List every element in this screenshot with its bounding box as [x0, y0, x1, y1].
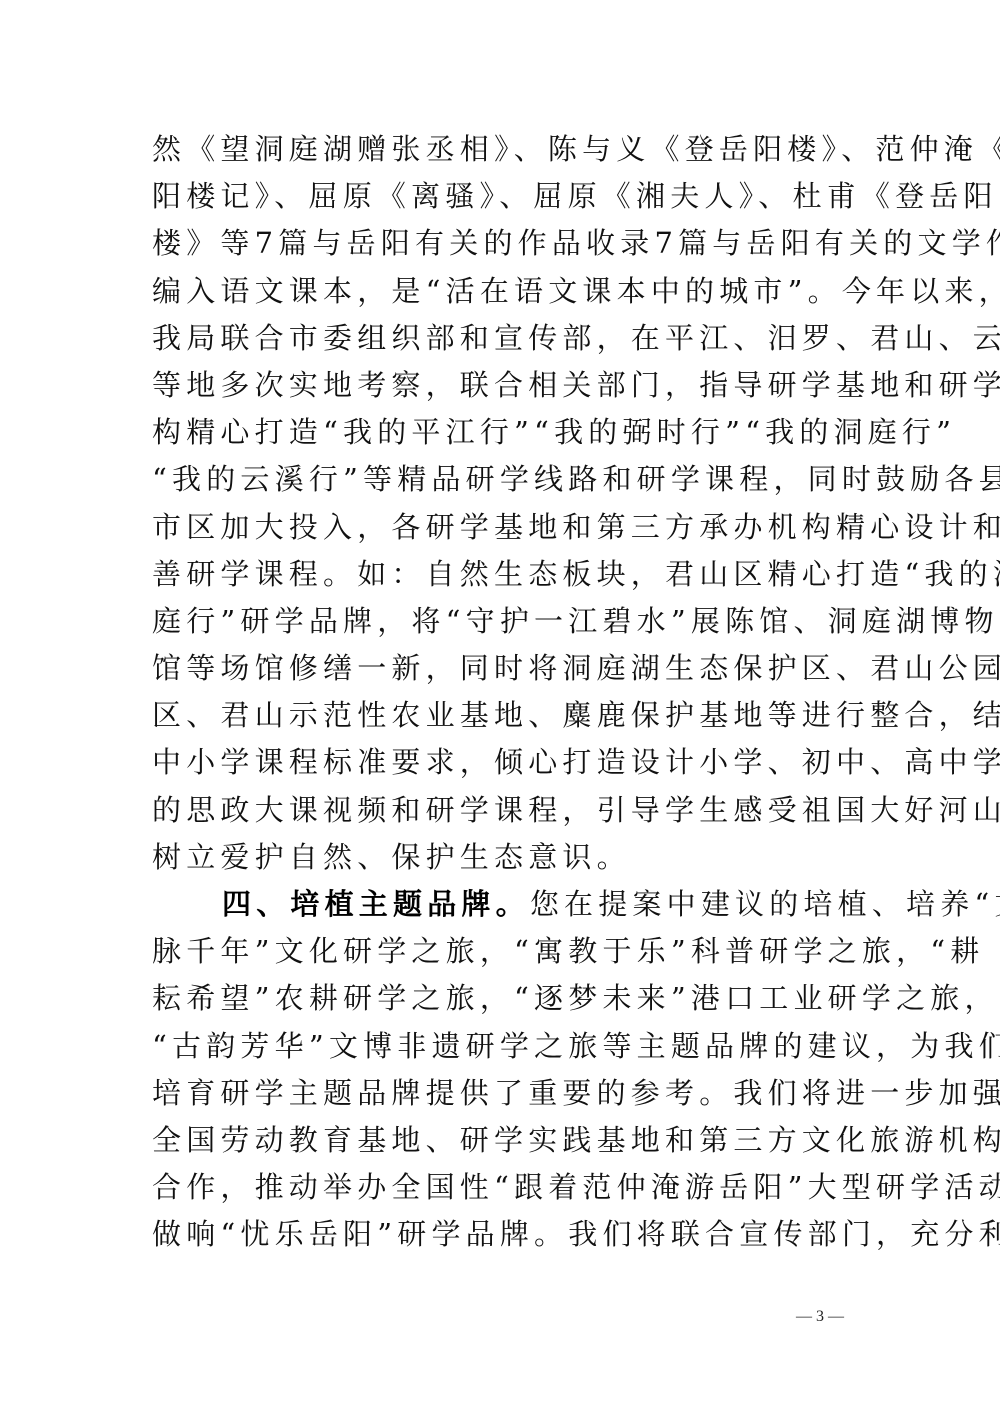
text-line: 区、君山示范性农业基地、麋鹿保护基地等进行整合，结合: [152, 692, 848, 739]
text-line: 庭行”研学品牌，将“守护一江碧水”展陈馆、洞庭湖博物: [152, 598, 848, 645]
text-line: 耘希望”农耕研学之旅，“逐梦未来”港口工业研学之旅，: [152, 975, 848, 1022]
section-4-text: 您在提案中建议的培植、培养“文: [530, 887, 1000, 921]
text-line: 全国劳动教育基地、研学实践基地和第三方文化旅游机构等: [152, 1117, 848, 1164]
text-line: “古韵芳华”文博非遗研学之旅等主题品牌的建议，为我们: [152, 1023, 848, 1070]
text-line: 善研学课程。如：自然生态板块，君山区精心打造“我的洞: [152, 551, 848, 598]
text-line: 中小学课程标准要求，倾心打造设计小学、初中、高中学段: [152, 739, 848, 786]
section-4-heading: 四、培植主题品牌。: [222, 887, 530, 921]
text-line: 树立爱护自然、保护生态意识。: [152, 834, 852, 881]
page-number: — 3 —: [780, 1308, 860, 1326]
text-line: 的思政大课视频和研学课程，引导学生感受祖国大好河山，: [152, 787, 848, 834]
section-4-first-line: 四、培植主题品牌。您在提案中建议的培植、培养“文: [152, 881, 848, 928]
text-line: 馆等场馆修缮一新，同时将洞庭湖生态保护区、君山公园景: [152, 645, 848, 692]
text-line: 然《望洞庭湖赠张丞相》、陈与义《登岳阳楼》、范仲淹《岳: [152, 126, 848, 173]
text-line: 脉千年”文化研学之旅，“寓教于乐”科普研学之旅，“耕: [152, 928, 848, 975]
text-line: 做响“忧乐岳阳”研学品牌。我们将联合宣传部门，充分利: [152, 1211, 848, 1258]
text-line: 阳楼记》、屈原《离骚》、屈原《湘夫人》、杜甫《登岳阳: [152, 173, 848, 220]
body-text: 然《望洞庭湖赠张丞相》、陈与义《登岳阳楼》、范仲淹《岳 阳楼记》、屈原《离骚》、…: [152, 126, 852, 1259]
text-line: 市区加大投入，各研学基地和第三方承办机构精心设计和完: [152, 504, 848, 551]
text-line: 我局联合市委组织部和宣传部，在平江、汨罗、君山、云溪: [152, 315, 848, 362]
text-line: “我的云溪行”等精品研学线路和研学课程，同时鼓励各县: [152, 456, 848, 503]
text-line: 合作，推动举办全国性“跟着范仲淹游岳阳”大型研学活动，: [152, 1164, 848, 1211]
text-line: 楼》等7篇与岳阳有关的作品收录7篇与岳阳有关的文学作品: [152, 220, 848, 267]
text-line: 培育研学主题品牌提供了重要的参考。我们将进一步加强与: [152, 1070, 848, 1117]
text-line: 编入语文课本，是“活在语文课本中的城市”。今年以来，: [152, 268, 848, 315]
text-line: 构精心打造“我的平江行”“我的弼时行”“我的洞庭行”: [152, 409, 848, 456]
document-page: 然《望洞庭湖赠张丞相》、陈与义《登岳阳楼》、范仲淹《岳 阳楼记》、屈原《离骚》、…: [0, 0, 1000, 1414]
text-line: 等地多次实地考察，联合相关部门，指导研学基地和研学机: [152, 362, 848, 409]
